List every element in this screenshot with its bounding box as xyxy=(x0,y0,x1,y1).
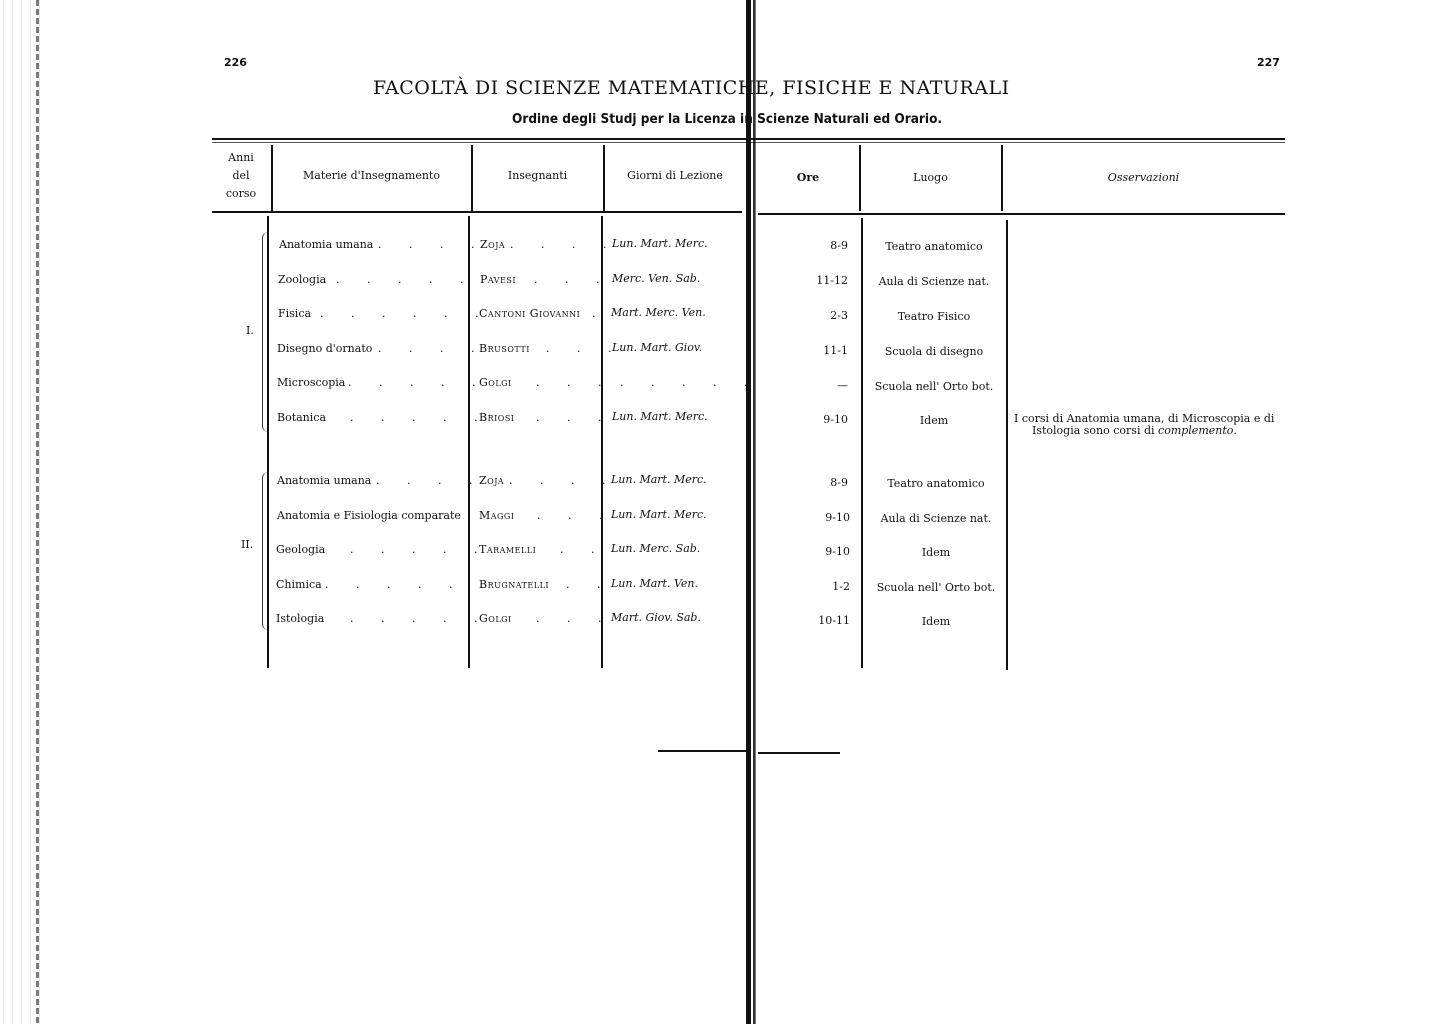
location: Scuola nell' Orto bot. xyxy=(864,581,1008,595)
subject: Fisica xyxy=(278,307,311,321)
subject: Chimica xyxy=(276,578,322,592)
page-number-right: 227 xyxy=(1257,56,1280,69)
dot-leader: . . . . . xyxy=(348,376,487,390)
dot-leader: . . xyxy=(566,578,613,592)
hours: 11-12 xyxy=(780,274,848,288)
lesson-days: Lun. Mart. Merc. xyxy=(611,508,707,522)
header-rule-top xyxy=(212,138,1285,140)
dot-leader: . . . . xyxy=(376,474,484,488)
hours: 9-10 xyxy=(780,545,850,559)
year-label: II. xyxy=(241,538,253,552)
lesson-days: Lun. Merc. Sab. xyxy=(611,542,700,556)
subject: Microscopia xyxy=(277,376,345,390)
lesson-days: Merc. Ven. Sab. xyxy=(612,272,700,286)
hours: 11-1 xyxy=(780,344,848,358)
header-rule-top-thin xyxy=(212,142,1285,143)
dot-leader: . . . . . . xyxy=(320,307,490,321)
hours: 9-10 xyxy=(780,413,848,427)
teacher: Brusotti xyxy=(479,342,530,356)
location: Teatro anatomico xyxy=(864,477,1008,491)
location: Teatro Fisico xyxy=(862,310,1006,324)
location: Aula di Scienze nat. xyxy=(862,275,1006,289)
teacher: Pavesi xyxy=(480,273,516,287)
year-brace xyxy=(262,232,269,432)
note-emphasis: complemento xyxy=(1158,424,1233,437)
bottom-rule xyxy=(658,750,748,752)
dot-leader: . . . . . xyxy=(350,543,489,557)
header-materie: Materie d'Insegnamento xyxy=(272,167,471,185)
lesson-days: Lun. Mart. Merc. xyxy=(611,473,707,487)
location: Teatro anatomico xyxy=(862,240,1006,254)
lesson-days: Lun. Mart. Giov. xyxy=(612,341,702,355)
year-label: I. xyxy=(246,324,254,338)
page-number-left: 226 xyxy=(224,56,247,69)
lesson-days: Lun. Mart. Merc. xyxy=(612,410,708,424)
dot-leader: . . . . . xyxy=(350,612,489,626)
teacher: Golgi xyxy=(479,612,512,626)
subject: Istologia xyxy=(276,612,324,626)
page-title: FACOLTÀ DI SCIENZE MATEMATICHE, FISICHE … xyxy=(373,77,1010,99)
dot-leader: . . . . xyxy=(510,238,618,252)
header-anni-line: corso xyxy=(212,185,270,203)
subject: Botanica xyxy=(277,411,326,425)
lesson-days: Lun. Mart. Merc. xyxy=(612,237,708,251)
teacher: Maggi xyxy=(479,509,514,523)
location: Aula di Scienze nat. xyxy=(864,512,1008,526)
teacher: Golgi xyxy=(479,376,512,390)
dot-leader: . . . . . . xyxy=(325,578,495,592)
dot-leader: . . . xyxy=(534,273,611,287)
header-anni: Anni del corso xyxy=(212,149,270,203)
teacher: Cantoni Giovanni xyxy=(479,307,580,321)
note-text: . xyxy=(1233,424,1237,437)
dot-leader: . . . . xyxy=(378,238,486,252)
subject: Geologia xyxy=(276,543,325,557)
header-rule-bottom-left xyxy=(212,211,742,213)
page-subtitle: Ordine degli Studj per la Licenza in Sci… xyxy=(512,111,942,127)
header-anni-line: Anni xyxy=(212,149,270,167)
dot-leader: . . . . xyxy=(509,474,617,488)
dot-leader: . . . xyxy=(536,612,613,626)
subject: Anatomia umana xyxy=(277,474,371,488)
dot-leader: . . . xyxy=(536,411,613,425)
header-luogo: Luogo xyxy=(860,169,1001,187)
location: Scuola nell' Orto bot. xyxy=(862,380,1006,394)
location: Scuola di disegno xyxy=(862,345,1006,359)
teacher: Briosi xyxy=(479,411,514,425)
dot-leader: . . . xyxy=(537,509,614,523)
hours: 10-11 xyxy=(780,614,850,628)
hours: 8-9 xyxy=(780,476,848,490)
header-anni-line: del xyxy=(212,167,270,185)
hours: — xyxy=(780,379,848,393)
location: Idem xyxy=(864,615,1008,629)
hours: 8-9 xyxy=(780,239,848,253)
subject: Anatomia e Fisiologia comparate xyxy=(277,509,461,523)
observation-note: I corsi di Anatomia umana, di Microscopi… xyxy=(1014,413,1274,437)
dot-leader: . . . xyxy=(536,376,613,390)
header-rule-bottom-right xyxy=(758,213,1285,215)
header-giorni: Giorni di Lezione xyxy=(604,167,746,185)
dot-leader: . xyxy=(592,307,596,321)
teacher: Zoja xyxy=(479,474,504,488)
book-gutter xyxy=(746,0,758,1024)
note-line: Istologia sono corsi di complemento. xyxy=(1014,425,1274,437)
dot-leader: . . . . xyxy=(378,342,486,356)
col-divider xyxy=(1006,220,1008,670)
lesson-days: Lun. Mart. Ven. xyxy=(611,577,698,591)
hours: 9-10 xyxy=(780,511,850,525)
dot-leader: . . xyxy=(560,543,607,557)
year-brace xyxy=(262,472,269,630)
bottom-rule xyxy=(758,752,840,754)
teacher: Brugnatelli xyxy=(479,578,549,592)
header-insegnanti: Insegnanti xyxy=(472,167,603,185)
subject: Anatomia umana xyxy=(279,238,373,252)
lesson-days: Mart. Giov. Sab. xyxy=(611,611,701,625)
hours: 2-3 xyxy=(780,309,848,323)
subject: Zoologia xyxy=(278,273,326,287)
location: Idem xyxy=(862,414,1006,428)
dot-leader: . . . . . xyxy=(350,411,489,425)
header-ore: Ore xyxy=(758,169,858,187)
teacher: Zoja xyxy=(480,238,505,252)
subject: Disegno d'ornato xyxy=(277,342,372,356)
note-text: Istologia sono corsi di xyxy=(1032,424,1158,437)
teacher: Taramelli xyxy=(479,543,536,557)
lesson-days: . . . . . xyxy=(620,376,759,390)
hours: 1-2 xyxy=(780,580,850,594)
lesson-days: Mart. Merc. Ven. xyxy=(611,306,706,320)
scan-edge-artifact xyxy=(36,0,39,1024)
location: Idem xyxy=(864,546,1008,560)
header-osservazioni: Osservazioni xyxy=(1002,169,1285,187)
